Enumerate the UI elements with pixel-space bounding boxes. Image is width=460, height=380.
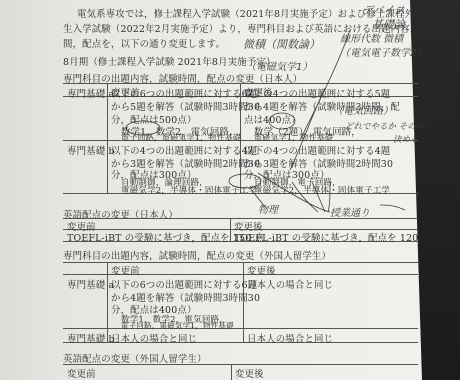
- handwritten-note: 線形代数 微積: [340, 30, 403, 45]
- handwritten-note: どれでやるか その時: [345, 120, 424, 132]
- circle-mark: [126, 121, 160, 135]
- handwritten-note: （電気回路）: [333, 102, 393, 117]
- handwritten-note: 微積（関数論）: [243, 36, 320, 52]
- circle-mark: [229, 174, 261, 188]
- handwritten-note: （電気電子数学2）: [340, 44, 426, 59]
- handwritten-note: 授業通り: [330, 204, 370, 219]
- handwritten-note: 決める: [393, 133, 419, 145]
- circle-mark: [269, 113, 295, 129]
- handwritten-note: （電磁気学1）: [246, 58, 312, 73]
- handwritten-note: 物理: [258, 201, 278, 216]
